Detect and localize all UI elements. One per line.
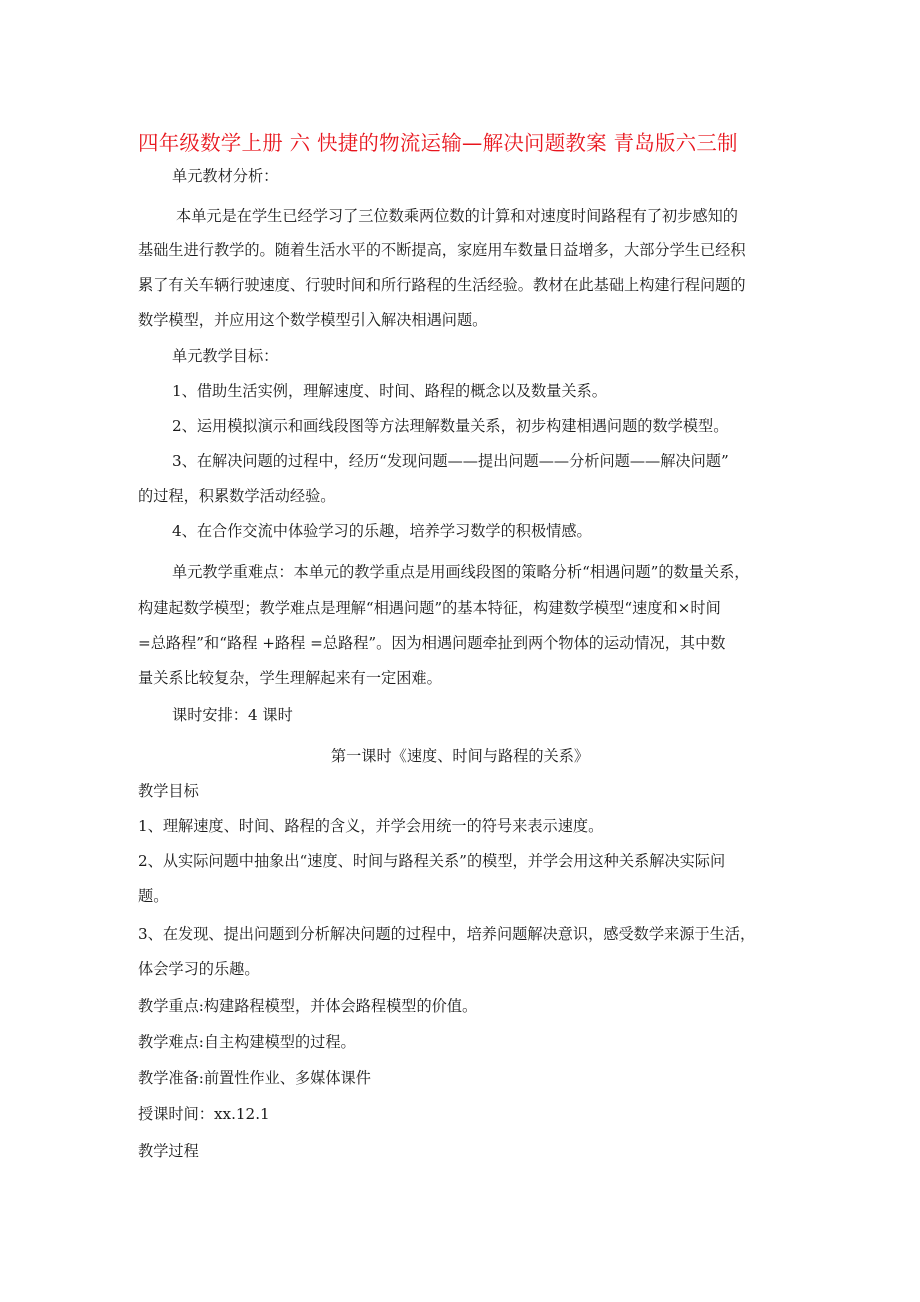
unit-analysis-line: 本单元是在学生已经学习了三位数乘两位数的计算和对速度时间路程有了初步感知的	[176, 206, 738, 226]
unit-analysis-heading: 单元教材分析：	[172, 166, 278, 186]
unit-goal-item: 2、运用模拟演示和画线段图等方法理解数量关系，初步构建相遇问题的数学模型。	[172, 416, 728, 436]
lesson-time: 授课时间：xx.12.1	[138, 1104, 270, 1124]
key-points-line: 构建起数学模型；教学难点是理解“相遇问题”的基本特征，构建数学模型“速度和×时间	[138, 598, 721, 618]
key-points-line: 单元教学重难点：本单元的教学重点是用画线段图的策略分析“相遇问题”的数量关系，	[172, 562, 749, 582]
schedule: 课时安排：4 课时	[172, 705, 293, 725]
lesson-difficulty: 教学难点:自主构建模型的过程。	[138, 1032, 356, 1052]
lesson-goal-item: 2、从实际问题中抽象出“速度、时间与路程关系”的模型，并学会用这种关系解决实际问	[138, 851, 725, 871]
lesson-preparation: 教学准备:前置性作业、多媒体课件	[138, 1068, 371, 1088]
lesson-goal-item: 题。	[138, 886, 168, 906]
lesson-focus: 教学重点:构建路程模型，并体会路程模型的价值。	[138, 996, 477, 1016]
lesson-goal-item: 1、理解速度、时间、路程的含义，并学会用统一的符号来表示速度。	[138, 816, 603, 836]
document-page: 四年级数学上册 六 快捷的物流运输—解决问题教案 青岛版六三制 单元教材分析： …	[0, 0, 920, 1302]
lesson-goals-heading: 教学目标	[138, 781, 199, 801]
unit-goals-heading: 单元教学目标：	[172, 346, 278, 366]
lesson-heading: 第一课时《速度、时间与路程的关系》	[0, 746, 920, 766]
key-points-line: 量关系比较复杂，学生理解起来有一定困难。	[138, 668, 442, 688]
unit-goal-item: 4、在合作交流中体验学习的乐趣，培养学习数学的积极情感。	[172, 521, 592, 541]
unit-analysis-line: 累了有关车辆行驶速度、行驶时间和所行路程的生活经验。教材在此基础上构建行程问题的	[138, 275, 746, 295]
unit-goal-item: 的过程，积累数学活动经验。	[138, 486, 335, 506]
lesson-goal-item: 体会学习的乐趣。	[138, 959, 260, 979]
lesson-process-heading: 教学过程	[138, 1141, 199, 1161]
unit-analysis-line: 基础生进行教学的。随着生活水平的不断提高，家庭用车数量日益增多，大部分学生已经积	[138, 240, 746, 260]
unit-goal-item: 3、在解决问题的过程中，经历“发现问题——提出问题——分析问题——解决问题”	[172, 451, 729, 471]
document-title: 四年级数学上册 六 快捷的物流运输—解决问题教案 青岛版六三制	[138, 126, 788, 156]
lesson-goal-item: 3、在发现、提出问题到分析解决问题的过程中，培养问题解决意识，感受数学来源于生活…	[138, 924, 755, 944]
unit-analysis-line: 数学模型，并应用这个数学模型引入解决相遇问题。	[138, 310, 487, 330]
key-points-line: =总路程”和“路程 +路程 =总路程”。因为相遇问题牵扯到两个物体的运动情况，其…	[138, 633, 726, 653]
unit-goal-item: 1、借助生活实例，理解速度、时间、路程的概念以及数量关系。	[172, 381, 607, 401]
